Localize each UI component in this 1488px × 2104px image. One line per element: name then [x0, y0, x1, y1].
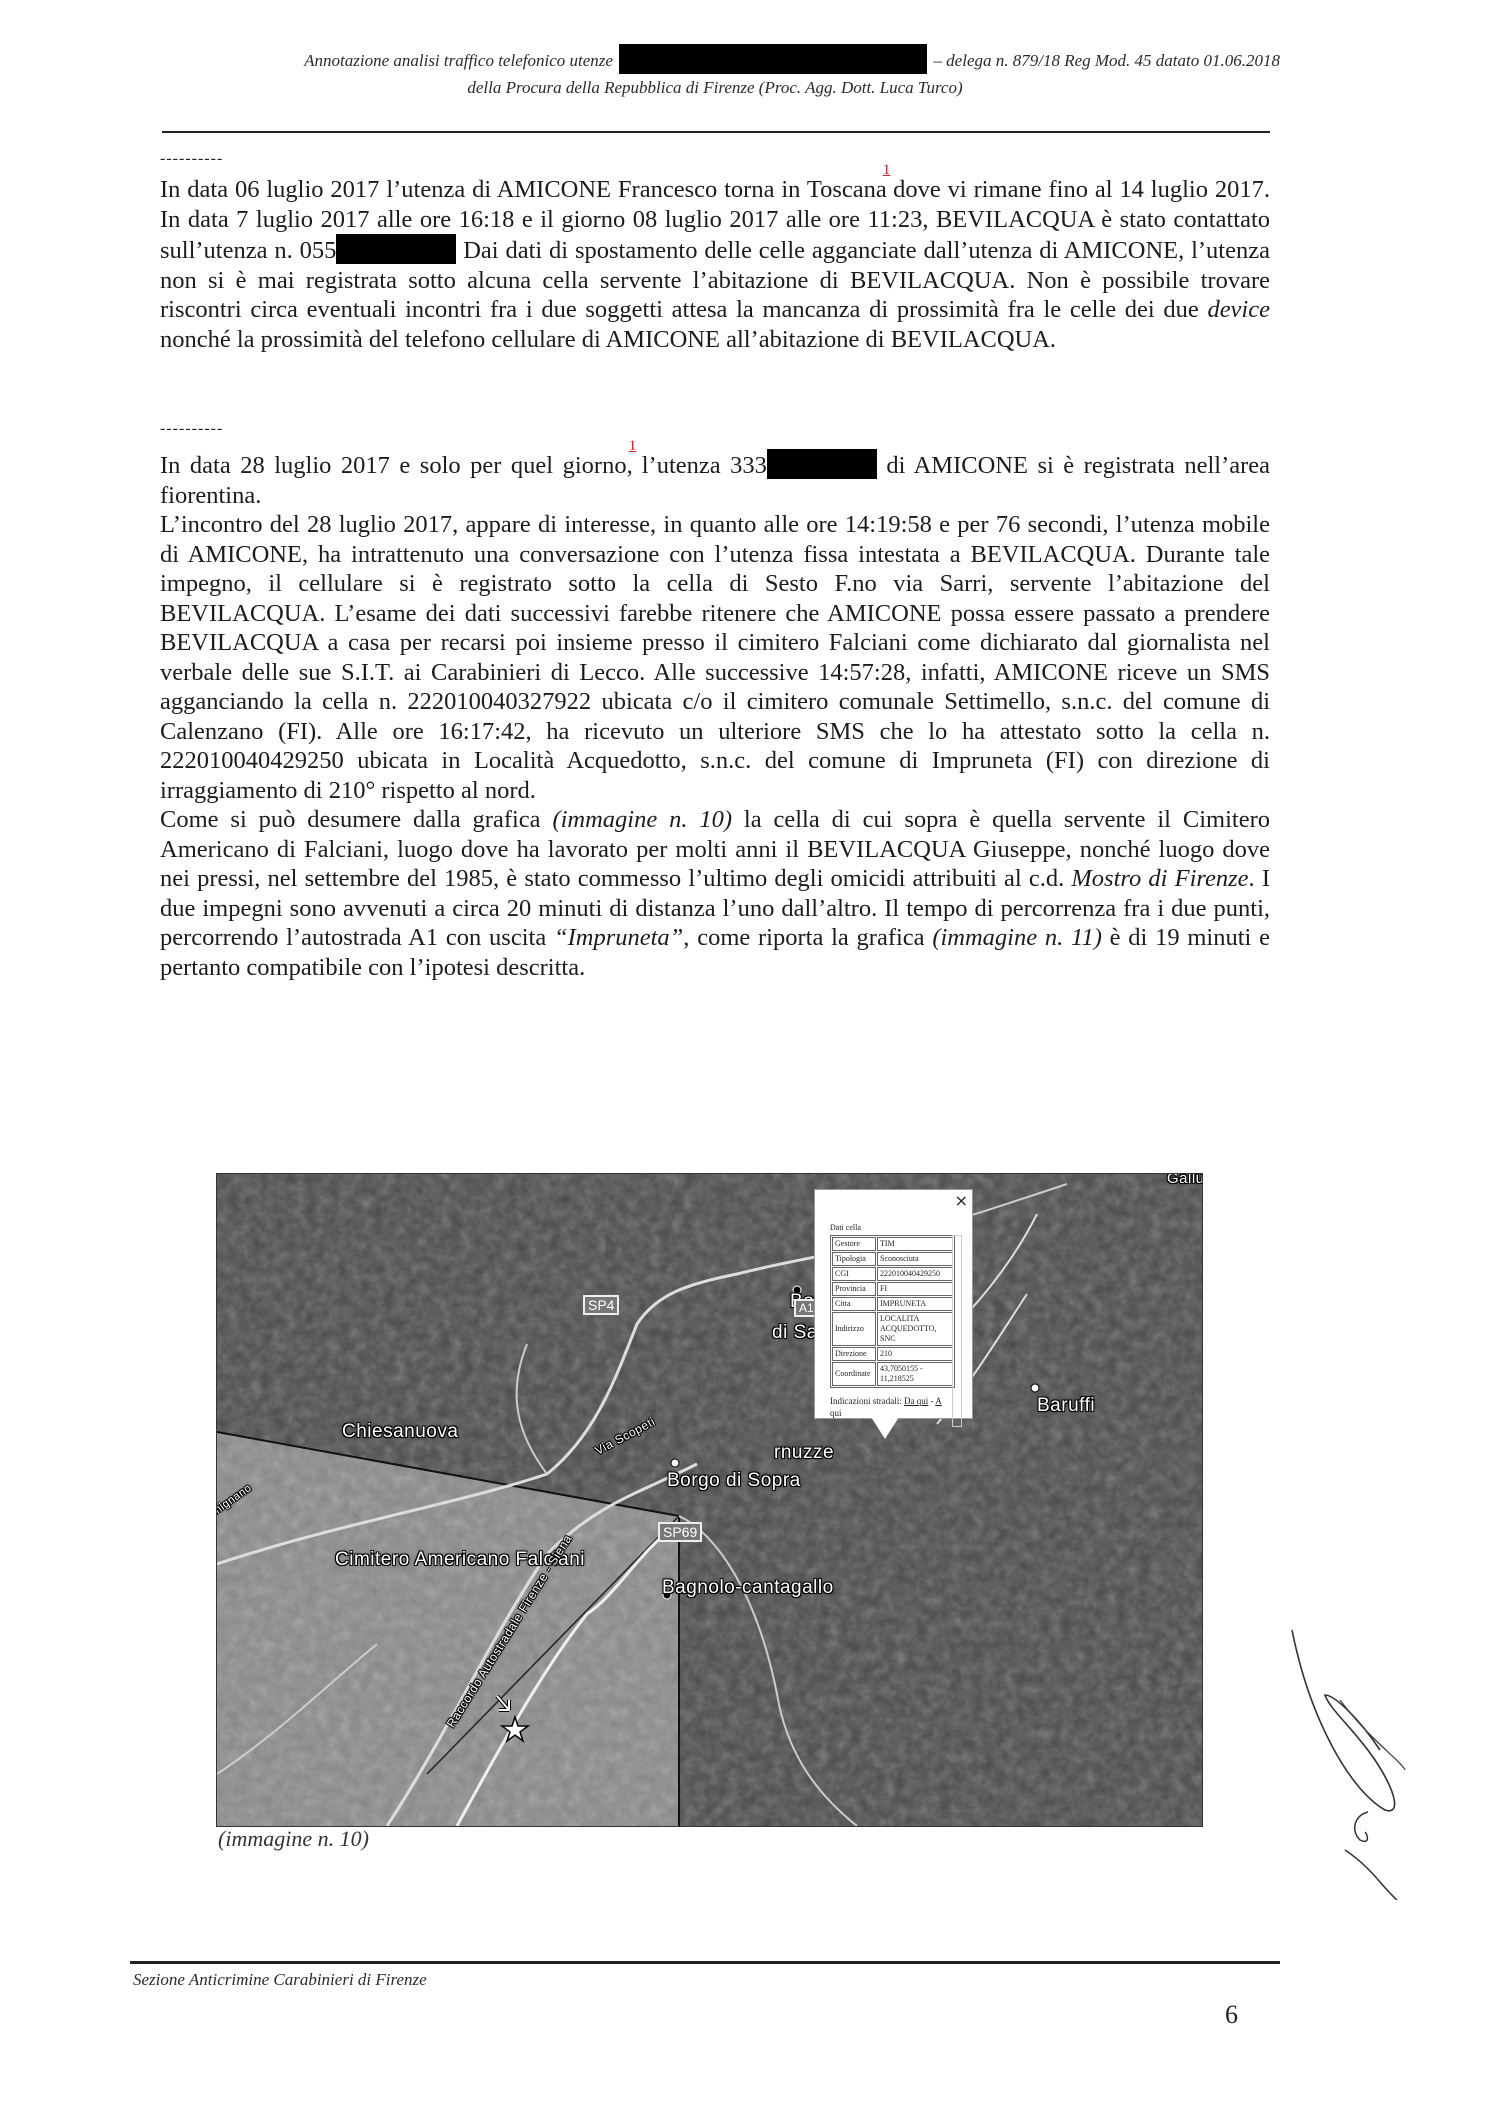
- footnote-marker[interactable]: 1: [883, 162, 891, 178]
- cell-data-row: GestoreTIM: [832, 1237, 953, 1251]
- page-number: 6: [1225, 2000, 1238, 2030]
- cell-data-key: Provincia: [832, 1282, 876, 1296]
- road-shield-sp69: SP69: [658, 1522, 702, 1542]
- map-label-rnuzze: rnuzze: [774, 1442, 834, 1464]
- popup-title: Dati cella: [830, 1223, 861, 1232]
- cell-data-row: IndirizzoLOCALITA ACQUEDOTTO, SNC: [832, 1312, 953, 1346]
- cell-data-table: GestoreTIMTipologiaSconosciutaCGI2220100…: [830, 1235, 955, 1388]
- cell-data-value: IMPRUNETA: [877, 1297, 953, 1311]
- paragraph-1: In data 06 luglio 2017 l’utenza di AMICO…: [160, 170, 1270, 354]
- map-label-borgo-di-sopra: Borgo di Sopra: [667, 1470, 801, 1492]
- header-line-1: Annotazione analisi traffico telefonico …: [150, 44, 1280, 74]
- road-shield-sp4: SP4: [583, 1295, 619, 1315]
- paragraph-4: Come si può desumere dalla grafica (imma…: [160, 805, 1270, 982]
- footer-rule: [130, 1961, 1280, 1964]
- cell-info-popup: × Dati cella GestoreTIMTipologiaSconosci…: [814, 1189, 973, 1419]
- map-label-chiesanuova: Chiesanuova: [342, 1421, 458, 1443]
- cell-data-row: Coordinate43,7050155 - 11,218525: [832, 1362, 953, 1386]
- figure-caption: (immagine n. 10): [218, 1826, 369, 1852]
- header-line-2: della Procura della Repubblica di Firenz…: [467, 78, 962, 97]
- map-label-bagnolo-cantagallo: Bagnolo-cantagallo: [662, 1577, 834, 1599]
- image-reference: (immagine n. 10): [552, 806, 732, 833]
- cell-data-value: 43,7050155 - 11,218525: [877, 1362, 953, 1386]
- cell-data-key: CGI: [832, 1267, 876, 1281]
- document-header: Annotazione analisi traffico telefonico …: [150, 44, 1280, 101]
- italic-term: Mostro di Firenze: [1071, 865, 1248, 892]
- cell-data-key: Citta: [832, 1297, 876, 1311]
- header-rule: [162, 131, 1270, 133]
- paragraph-text: In data 28 luglio 2017 e solo per quel g…: [160, 452, 633, 479]
- paragraph-2: In data 28 luglio 2017 e solo per quel g…: [160, 446, 1270, 982]
- cell-data-value: 222010040429250: [877, 1267, 953, 1281]
- cell-data-value: 210: [877, 1347, 953, 1361]
- paragraph-text: In data 06 luglio 2017 l’utenza di AMICO…: [160, 176, 887, 203]
- footer-section: Sezione Anticrimine Carabinieri di Firen…: [133, 1970, 427, 1990]
- paragraph-text: nonché la prossimità del telefono cellul…: [160, 326, 1056, 353]
- italic-term: device: [1207, 296, 1270, 323]
- handwritten-signature: [1290, 1600, 1430, 1900]
- cell-data-row: ProvinciaFI: [832, 1282, 953, 1296]
- cell-data-value: FI: [877, 1282, 953, 1296]
- cell-data-row: CGI222010040429250: [832, 1267, 953, 1281]
- directions-to-here-link[interactable]: A: [935, 1396, 942, 1406]
- separator: ----------: [160, 420, 223, 438]
- paragraph-text: , come riporta la grafica: [683, 924, 932, 951]
- cell-data-key: Direzione: [832, 1347, 876, 1361]
- italic-term: “Impruneta”: [554, 924, 683, 951]
- cell-data-row: TipologiaSconosciuta: [832, 1252, 953, 1266]
- directions-label: Indicazioni stradali:: [830, 1396, 902, 1406]
- cell-data-row: Direzione210: [832, 1347, 953, 1361]
- cell-data-key: Indirizzo: [832, 1312, 876, 1346]
- directions-row: Indicazioni stradali: Da qui - A qui: [830, 1395, 955, 1419]
- image-reference: (immagine n. 11): [932, 924, 1102, 951]
- map-label-galluzzo: Gallu: [1167, 1173, 1203, 1187]
- separator: ----------: [160, 150, 223, 168]
- cell-data-key: Gestore: [832, 1237, 876, 1251]
- cell-data-key: Coordinate: [832, 1362, 876, 1386]
- paragraph-text: l’utenza 333: [632, 452, 767, 479]
- directions-from-here-link[interactable]: Da qui: [904, 1396, 928, 1406]
- header-delega: – delega n. 879/18 Reg Mod. 45 datato 01…: [933, 51, 1280, 70]
- map-label-baruffi: Baruffi: [1037, 1395, 1095, 1417]
- popup-pointer: [871, 1417, 899, 1439]
- header-title: Annotazione analisi traffico telefonico …: [304, 51, 613, 70]
- cell-data-value: TIM: [877, 1237, 953, 1251]
- map-figure: Chiesanuova Bottai di San Paolo rnuzze B…: [216, 1173, 1203, 1827]
- cell-data-value: LOCALITA ACQUEDOTTO, SNC: [877, 1312, 953, 1346]
- redaction-box: [619, 44, 927, 74]
- redaction-box: [336, 234, 456, 264]
- directions-to-here-link-cont[interactable]: qui: [830, 1408, 842, 1418]
- close-icon[interactable]: ×: [955, 1191, 968, 1210]
- map-terrain: [217, 1174, 1202, 1826]
- cell-data-key: Tipologia: [832, 1252, 876, 1266]
- redaction-box: [767, 449, 877, 479]
- paragraph-text: Come si può desumere dalla grafica: [160, 806, 552, 833]
- cell-data-row: CittaIMPRUNETA: [832, 1297, 953, 1311]
- footnote-marker[interactable]: 1: [629, 438, 637, 454]
- paragraph-3: L’incontro del 28 luglio 2017, appare di…: [160, 510, 1270, 805]
- cell-data-value: Sconosciuta: [877, 1252, 953, 1266]
